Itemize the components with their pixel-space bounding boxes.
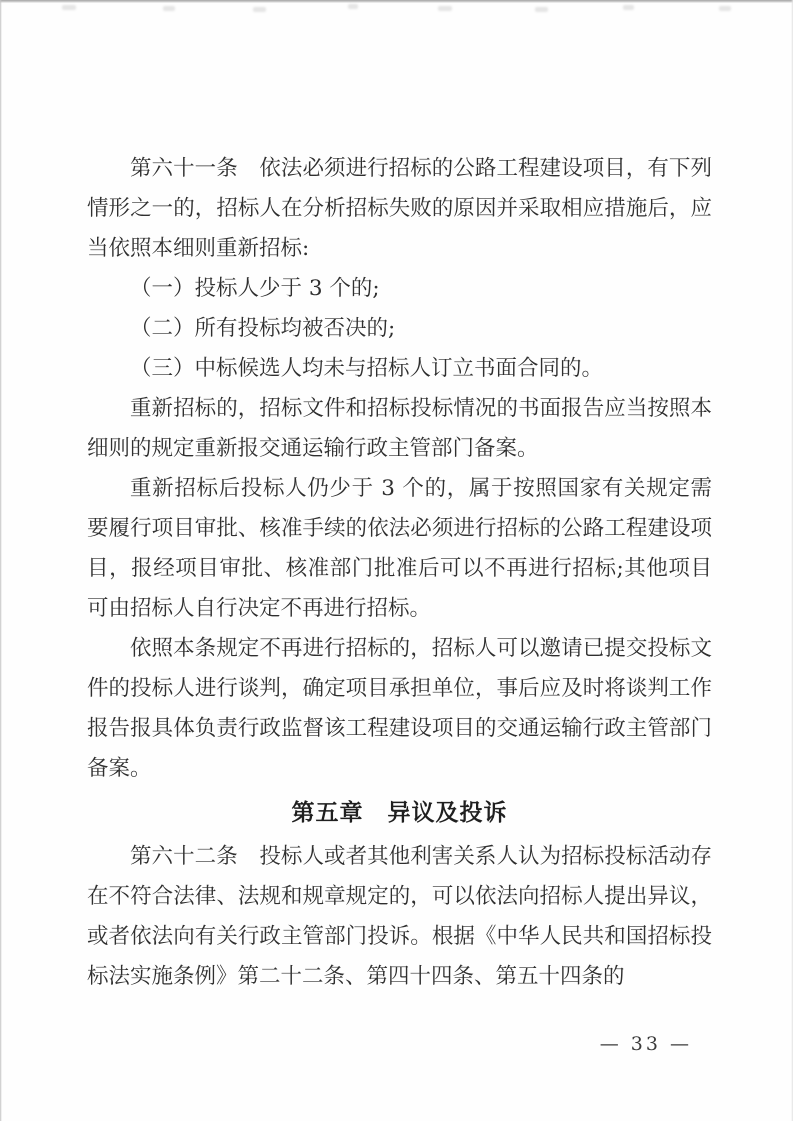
scan-smudge <box>535 7 548 12</box>
scan-smudge <box>719 6 731 11</box>
scan-smudge <box>438 6 452 11</box>
scan-smudge <box>253 7 266 12</box>
page-number: — 33 — <box>600 1031 692 1057</box>
clause-item-3: （三）中标候选人均未与招标人订立书面合同的。 <box>87 349 712 389</box>
scan-smudge <box>623 5 634 10</box>
document-content: 第六十一条 依法必须进行招标的公路工程建设项目，有下列情形之一的，招标人在分析招… <box>87 149 712 997</box>
scanned-document-page: 第六十一条 依法必须进行招标的公路工程建设项目，有下列情形之一的，招标人在分析招… <box>0 0 793 1121</box>
scan-smudge <box>348 4 358 9</box>
scan-edge-left <box>0 0 2 1121</box>
paragraph-negotiation: 依照本条规定不再进行招标的，招标人可以邀请已提交投标文件的投标人进行谈判，确定项… <box>87 629 712 789</box>
chapter-5-heading: 第五章 异议及投诉 <box>87 793 712 833</box>
scan-smudge <box>62 5 76 10</box>
paragraph-article-62: 第六十二条 投标人或者其他利害关系人认为招标投标活动存在不符合法律、法规和规章规… <box>87 837 712 997</box>
scan-edge-top <box>0 0 793 3</box>
scan-smudge <box>163 6 175 11</box>
paragraph-article-61-intro: 第六十一条 依法必须进行招标的公路工程建设项目，有下列情形之一的，招标人在分析招… <box>87 149 712 269</box>
clause-item-1: （一）投标人少于 3 个的; <box>87 269 712 309</box>
paragraph-rebid-fewer-than-3: 重新招标后投标人仍少于 3 个的，属于按照国家有关规定需要履行项目审批、核准手续… <box>87 469 712 629</box>
clause-item-2: （二）所有投标均被否决的; <box>87 309 712 349</box>
paragraph-rebid-filing: 重新招标的，招标文件和招标投标情况的书面报告应当按照本细则的规定重新报交通运输行… <box>87 389 712 469</box>
